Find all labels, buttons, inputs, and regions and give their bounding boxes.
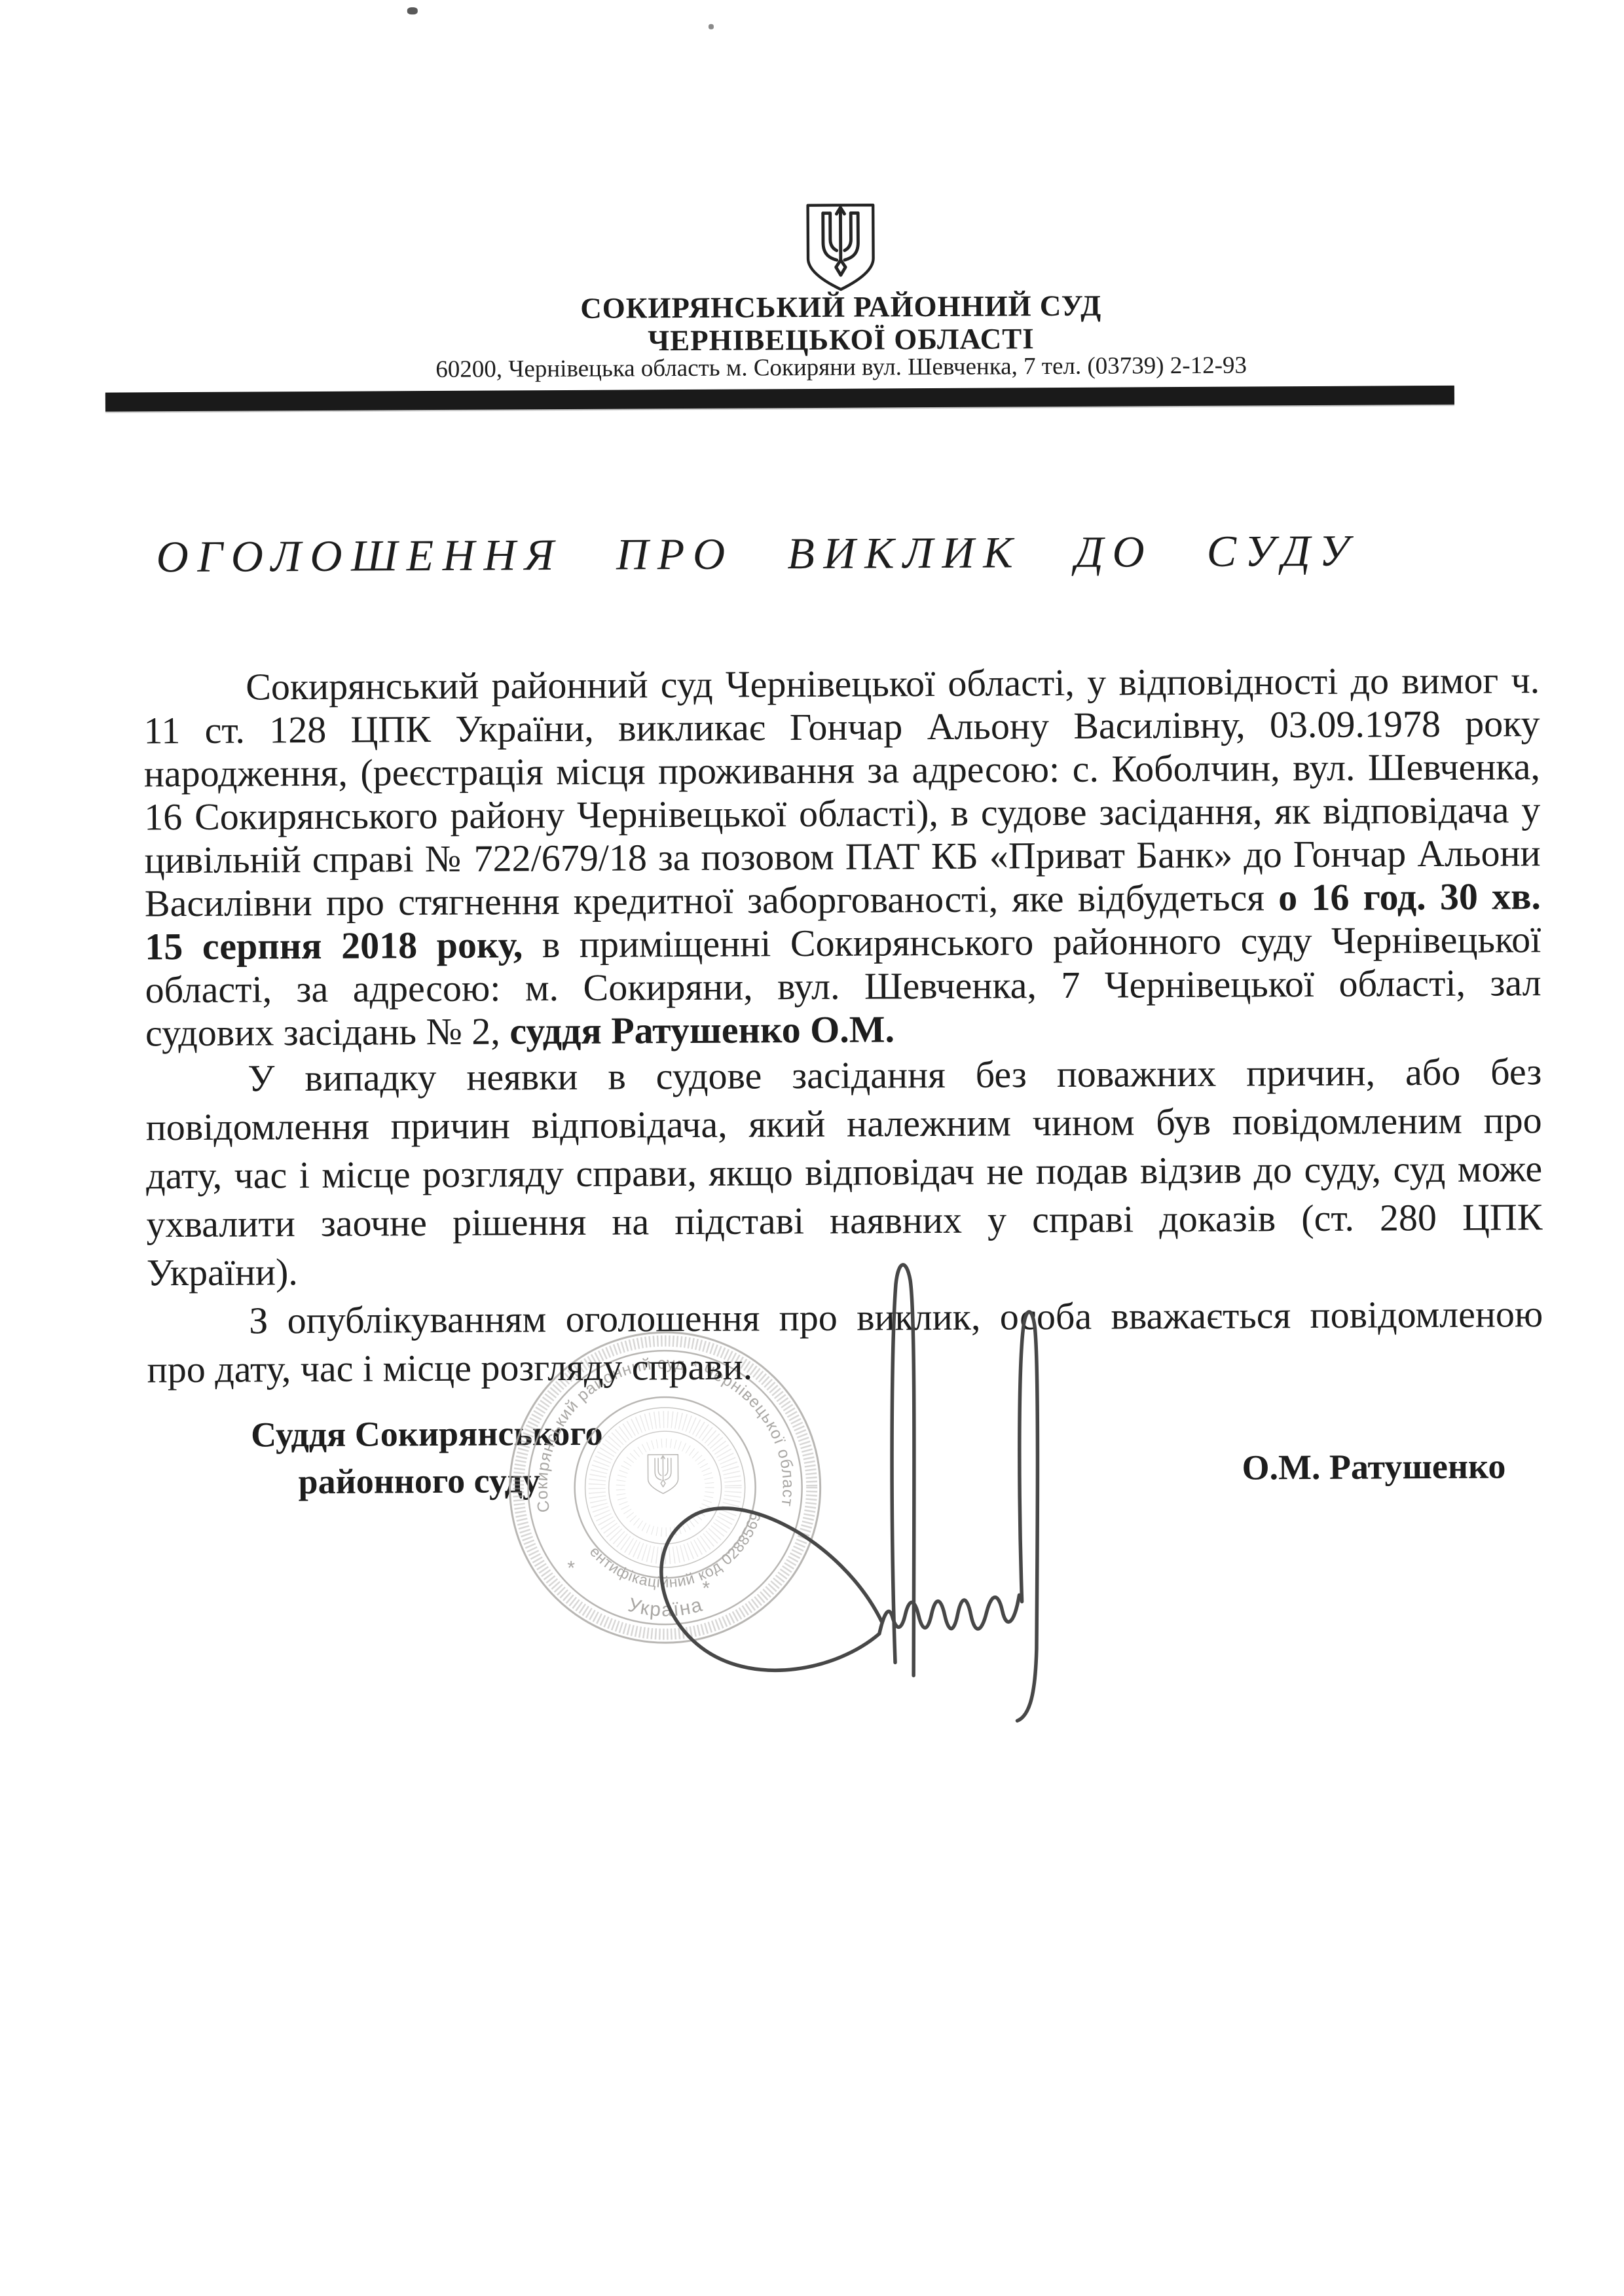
stamp-separator-right: *: [702, 1578, 710, 1599]
document-body: Сокирянський районний суд Чернівецької о…: [143, 659, 1543, 1394]
text-segment: народження, (реєстрація місця проживання…: [144, 745, 1540, 795]
body-paragraph: З опублікуванням оголошення про виклик, …: [147, 1290, 1543, 1394]
text-segment: З опублікуванням оголошення про виклик, …: [249, 1292, 1543, 1341]
text-segment: ухвалити заочне рішення на підставі наяв…: [146, 1195, 1542, 1245]
judge-name: О.М. Ратушенко: [1242, 1446, 1505, 1487]
text-segment: України).: [147, 1250, 298, 1294]
body-line: Василівни про стягнення кредитної заборг…: [145, 875, 1541, 925]
scan-content: СОКИРЯНСЬКИЙ РАЙОННИЙ СУД ЧЕРНІВЕЦЬКОЇ О…: [0, 0, 1624, 2296]
text-segment: 16 Сокирянського району Чернівецької обл…: [144, 788, 1540, 838]
body-line: 15 серпня 2018 року, в приміщенні Сокиря…: [145, 918, 1541, 968]
body-line: України).: [147, 1241, 1543, 1297]
body-line: судових засідань № 2, суддя Ратушенко О.…: [145, 1004, 1541, 1055]
body-line: дату, час і місце розгляду справи, якщо …: [146, 1144, 1542, 1200]
body-line: З опублікуванням оголошення про виклик, …: [147, 1290, 1543, 1345]
body-line: ухвалити заочне рішення на підставі наяв…: [146, 1193, 1542, 1248]
bold-text-segment: суддя Ратушенко О.М.: [509, 1008, 895, 1052]
body-line: 16 Сокирянського району Чернівецької обл…: [144, 788, 1540, 839]
text-segment: області, за адресою: м. Сокиряни, вул. Ш…: [145, 961, 1541, 1011]
text-segment: 11 ст. 128 ЦПК України, викликає Гончар …: [143, 702, 1540, 752]
bold-text-segment: о 16 год. 30 хв.: [1278, 875, 1541, 919]
body-line: цивільній справі № 722/679/18 за позовом…: [144, 831, 1540, 882]
scan-speck: [407, 7, 418, 14]
body-paragraph: Сокирянський районний суд Чернівецької о…: [143, 659, 1541, 1055]
court-name-line1: СОКИРЯНСЬКИЙ РАЙОННИЙ СУД: [294, 287, 1388, 326]
body-line: області, за адресою: м. Сокиряни, вул. Ш…: [145, 961, 1541, 1011]
scanned-court-document-page: СОКИРЯНСЬКИЙ РАЙОННИЙ СУД ЧЕРНІВЕЦЬКОЇ О…: [0, 0, 1624, 2296]
body-line: про дату, час і місце розгляду справи.: [147, 1338, 1543, 1394]
body-line: народження, (реєстрація місця проживання…: [144, 745, 1540, 795]
body-line: Сокирянський районний суд Чернівецької о…: [143, 659, 1540, 709]
svg-text:Україна: Україна: [626, 1594, 706, 1621]
header-separator-bar: [105, 386, 1454, 412]
ukraine-tryzub-emblem-icon: [800, 202, 881, 292]
text-segment: Василівни про стягнення кредитної заборг…: [145, 876, 1279, 924]
text-segment: в приміщенні Сокирянського районного суд…: [523, 918, 1541, 966]
document-title: ОГОЛОШЕННЯ ПРО ВИКЛИК ДО СУДУ: [63, 524, 1451, 583]
body-line: У випадку неявки в судове засідання без …: [145, 1048, 1541, 1103]
emblem-trident: [823, 208, 858, 275]
court-address-line: 60200, Чернівецька область м. Сокиряни в…: [295, 351, 1388, 384]
body-line: 11 ст. 128 ЦПК України, викликає Гончар …: [143, 702, 1540, 752]
text-segment: Сокирянський районний суд Чернівецької о…: [246, 659, 1540, 708]
body-paragraph: У випадку неявки в судове засідання без …: [145, 1048, 1543, 1297]
stamp-separator-left: *: [567, 1558, 575, 1579]
text-segment: дату, час і місце розгляду справи, якщо …: [146, 1147, 1542, 1197]
text-segment: У випадку неявки в судове засідання без …: [248, 1050, 1541, 1099]
text-segment: цивільній справі № 722/679/18 за позовом…: [144, 831, 1540, 881]
scan-speck: [709, 24, 714, 29]
bold-text-segment: 15 серпня 2018 року,: [145, 923, 523, 968]
text-segment: судових засідань № 2,: [145, 1010, 510, 1054]
body-line: повідомлення причин відповідача, який на…: [146, 1096, 1542, 1152]
stamp-ring-text-country: Україна: [626, 1594, 706, 1621]
stamp-center-trident-icon: [648, 1455, 678, 1494]
text-segment: повідомлення причин відповідача, який на…: [146, 1099, 1542, 1148]
text-segment: про дату, час і місце розгляду справи.: [147, 1345, 753, 1391]
